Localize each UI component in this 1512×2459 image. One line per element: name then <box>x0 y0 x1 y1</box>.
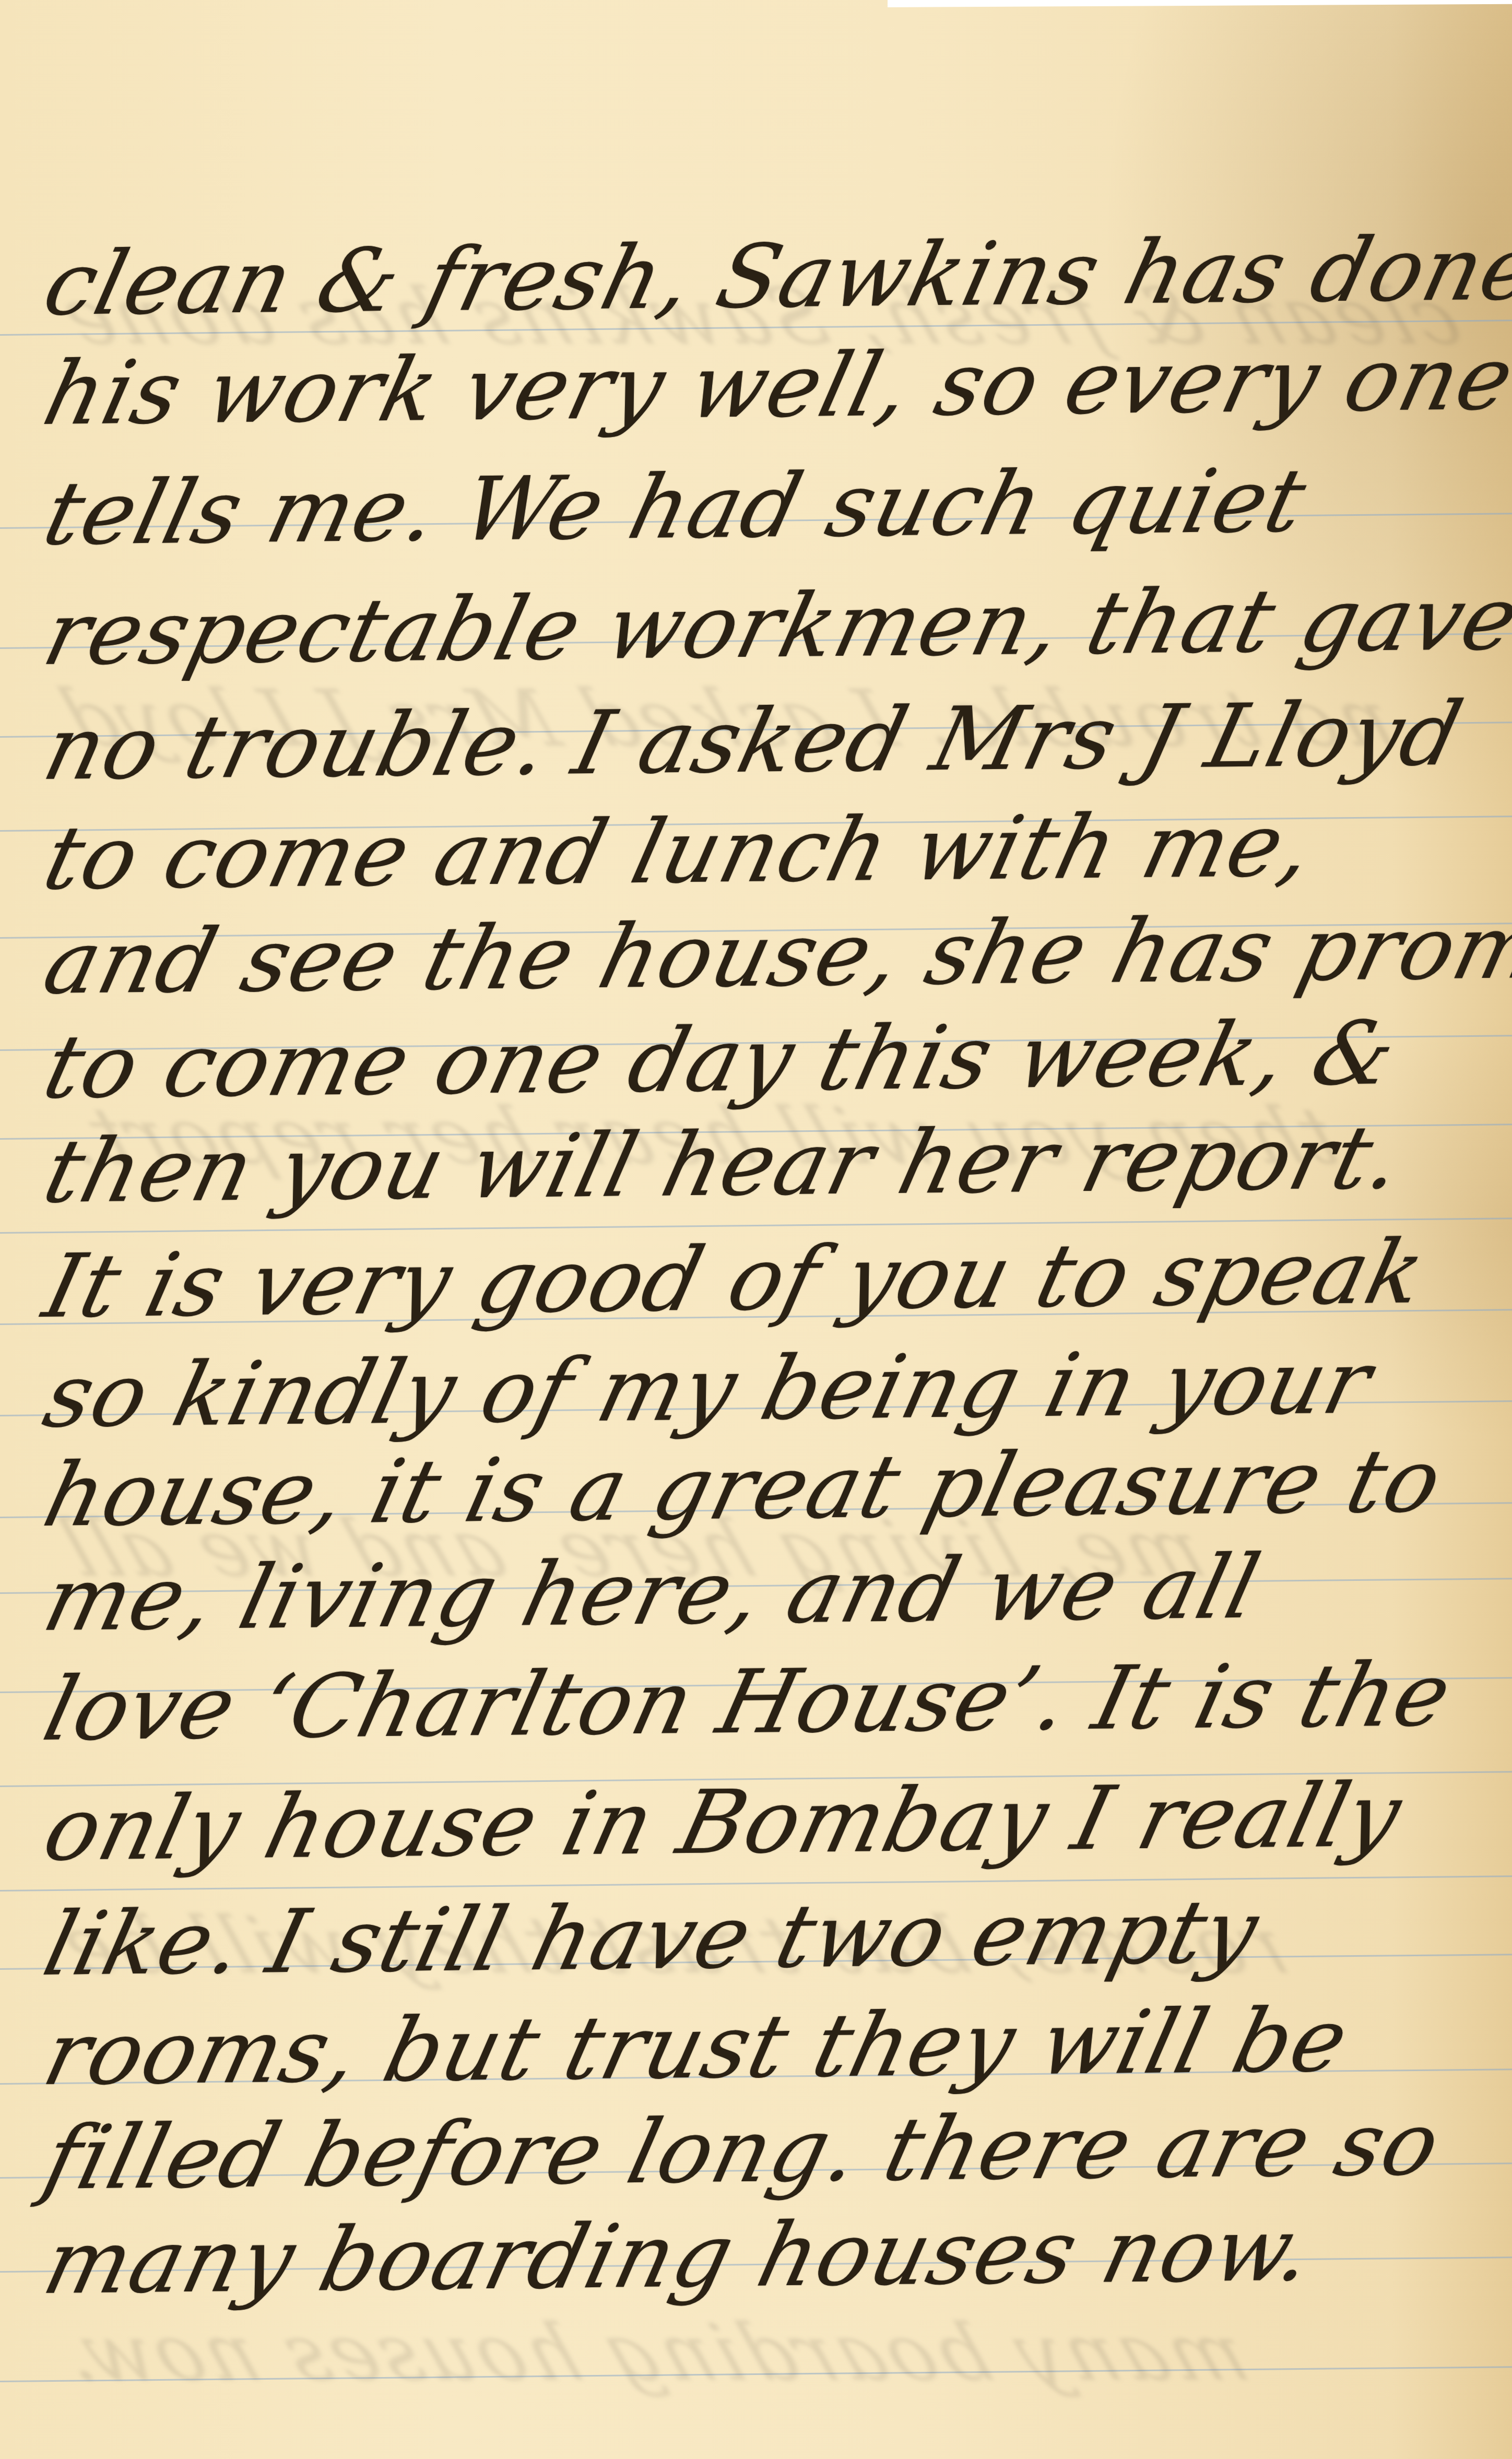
handwritten-line: only house in Bombay I really <box>37 1771 1410 1873</box>
handwritten-line: me, living here, and we all <box>37 1543 1268 1644</box>
handwritten-line: filled before long. there are so <box>37 2100 1448 2202</box>
handwritten-line: tells me. We had such quiet <box>37 457 1314 558</box>
handwritten-line: then you will hear her report. <box>37 1114 1411 1215</box>
handwritten-line: so kindly of my being in your <box>37 1339 1380 1440</box>
bleed-through-text: many boarding houses now. <box>46 2308 1260 2398</box>
handwritten-line: and see the house, she has promised <box>37 901 1512 1007</box>
handwritten-line: respectable workmen, that gave <box>37 575 1512 678</box>
handwritten-line: many boarding houses now. <box>37 2206 1321 2307</box>
handwritten-line: clean & fresh, Sawkins has done <box>37 224 1512 328</box>
letter-page: clean & fresh, Sawkins has done no troub… <box>0 0 1512 2459</box>
handwritten-line: house, it is a great pleasure to <box>37 1437 1450 1539</box>
handwritten-line: to come one day this week, & <box>37 1009 1404 1111</box>
handwritten-line: to come and lunch with me, <box>37 801 1322 902</box>
handwritten-line: rooms, but trust they will be <box>37 1996 1356 2098</box>
handwritten-line: like. I still have two empty <box>37 1888 1267 1988</box>
handwritten-line: his work very well, so every one <box>37 335 1512 438</box>
handwritten-line: love ‘Charlton House’. It is the <box>37 1651 1460 1753</box>
scan-edge <box>888 0 1512 7</box>
handwritten-line: no trouble. I asked Mrs J Lloyd <box>37 690 1470 793</box>
handwritten-line: It is very good of you to speak <box>37 1228 1433 1330</box>
